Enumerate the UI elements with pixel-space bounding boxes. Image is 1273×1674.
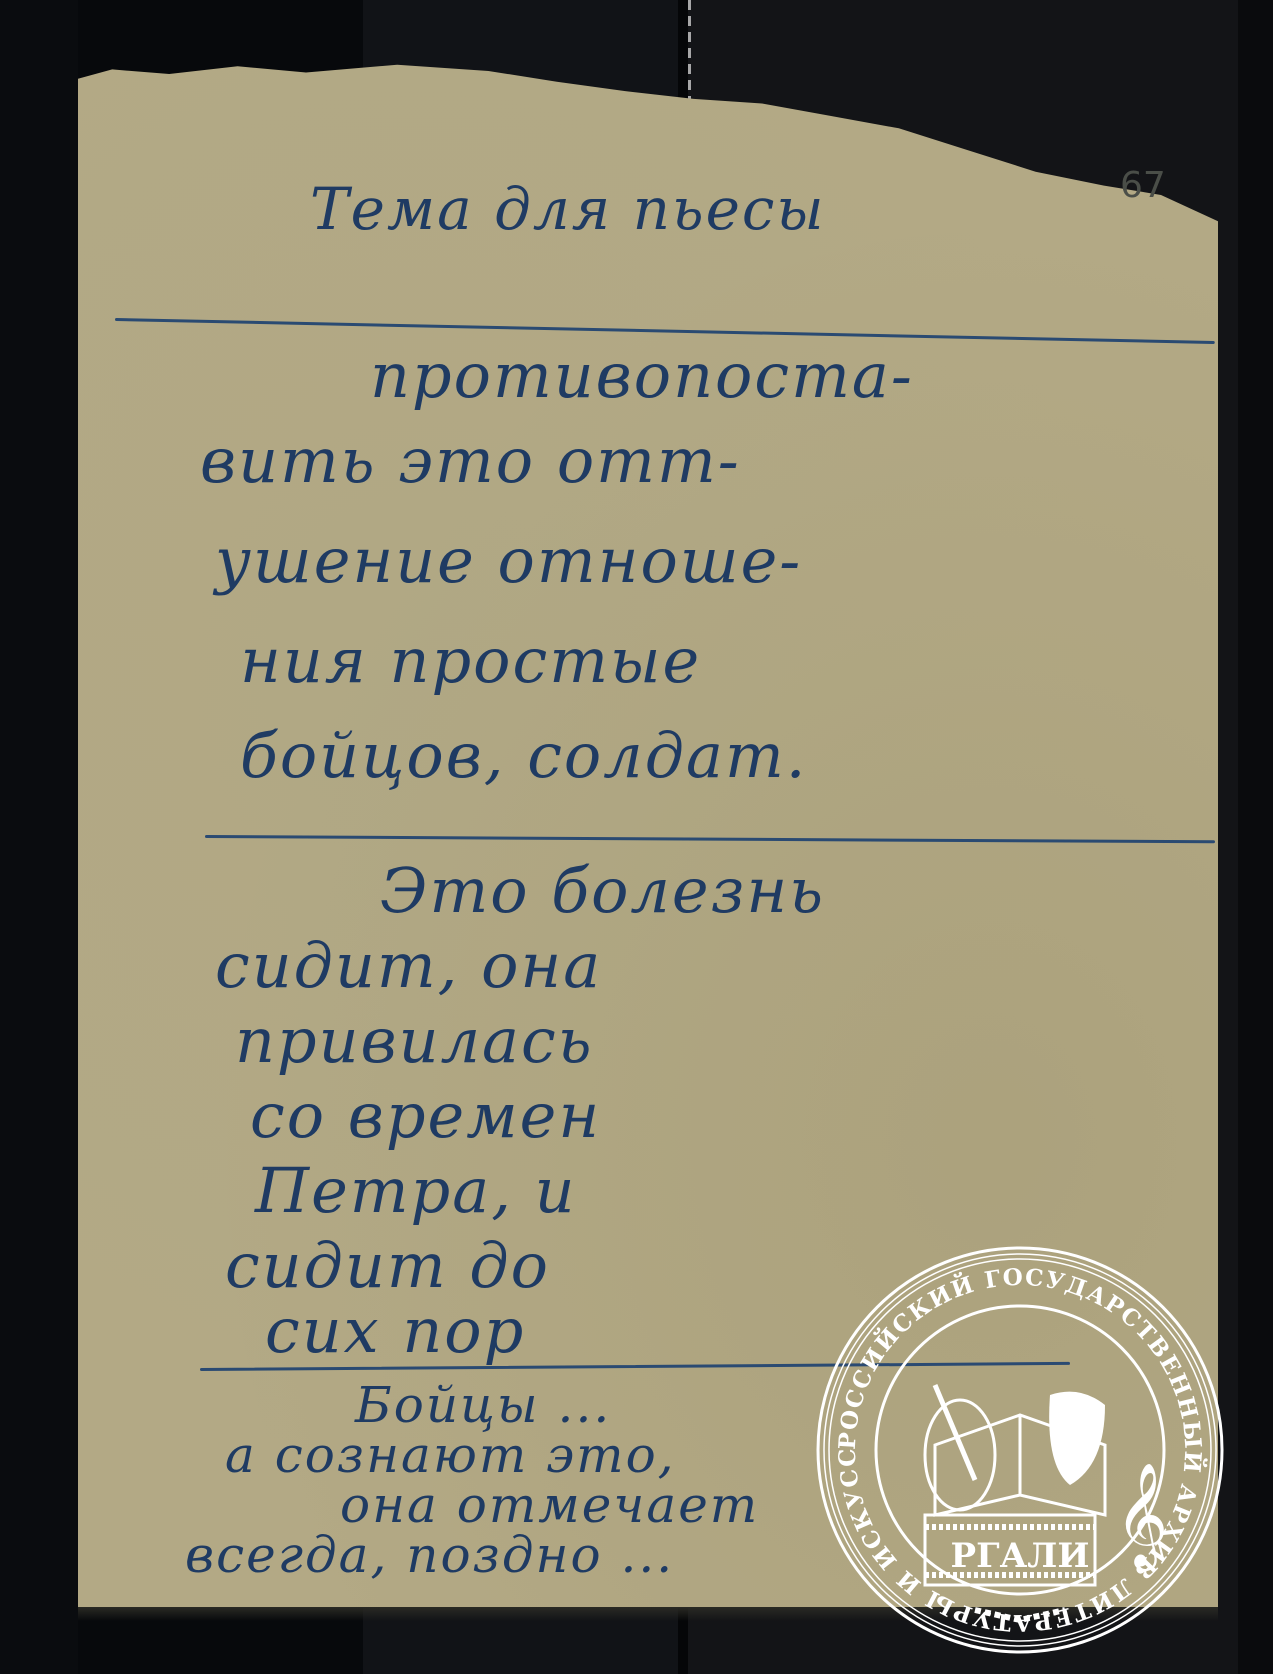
folio-number: 67 [1120, 165, 1166, 206]
text-line: привилась [235, 1010, 594, 1072]
text-line: она отмечает [340, 1480, 759, 1530]
treble-clef-icon: 𝄞 [1115, 1462, 1168, 1571]
text-line: сих пор [265, 1300, 525, 1362]
text-line: Бойцы ... [355, 1380, 611, 1430]
text-line: вить это отт- [200, 430, 741, 492]
text-line: сидит до [225, 1235, 550, 1297]
text-line: сидит, она [215, 935, 602, 997]
scan-background [1238, 0, 1273, 1674]
text-line: противопоста- [370, 345, 914, 407]
stamp-abbreviation: РГАЛИ [951, 1536, 1090, 1576]
stamp-seal-icon: РОССИЙСКИЙ ГОСУДАРСТВЕННЫЙ АРХИВ ЛИТЕРАТ… [815, 1245, 1225, 1655]
page-title: Тема для пьесы [310, 175, 826, 243]
theatre-mask-icon [1049, 1392, 1105, 1485]
text-line: Петра, и [255, 1160, 577, 1222]
text-line: со времен [250, 1085, 601, 1147]
text-line: всегда, поздно ... [185, 1530, 674, 1580]
text-line: Это болезнь [380, 860, 825, 922]
scan-background [0, 0, 78, 1674]
text-line: а сознают это, [225, 1430, 676, 1480]
text-line: ния простые [240, 630, 701, 692]
text-line: бойцов, солдат. [240, 725, 807, 787]
text-line: ушение отноше- [215, 530, 802, 592]
archive-stamp: РОССИЙСКИЙ ГОСУДАРСТВЕННЫЙ АРХИВ ЛИТЕРАТ… [815, 1245, 1225, 1655]
